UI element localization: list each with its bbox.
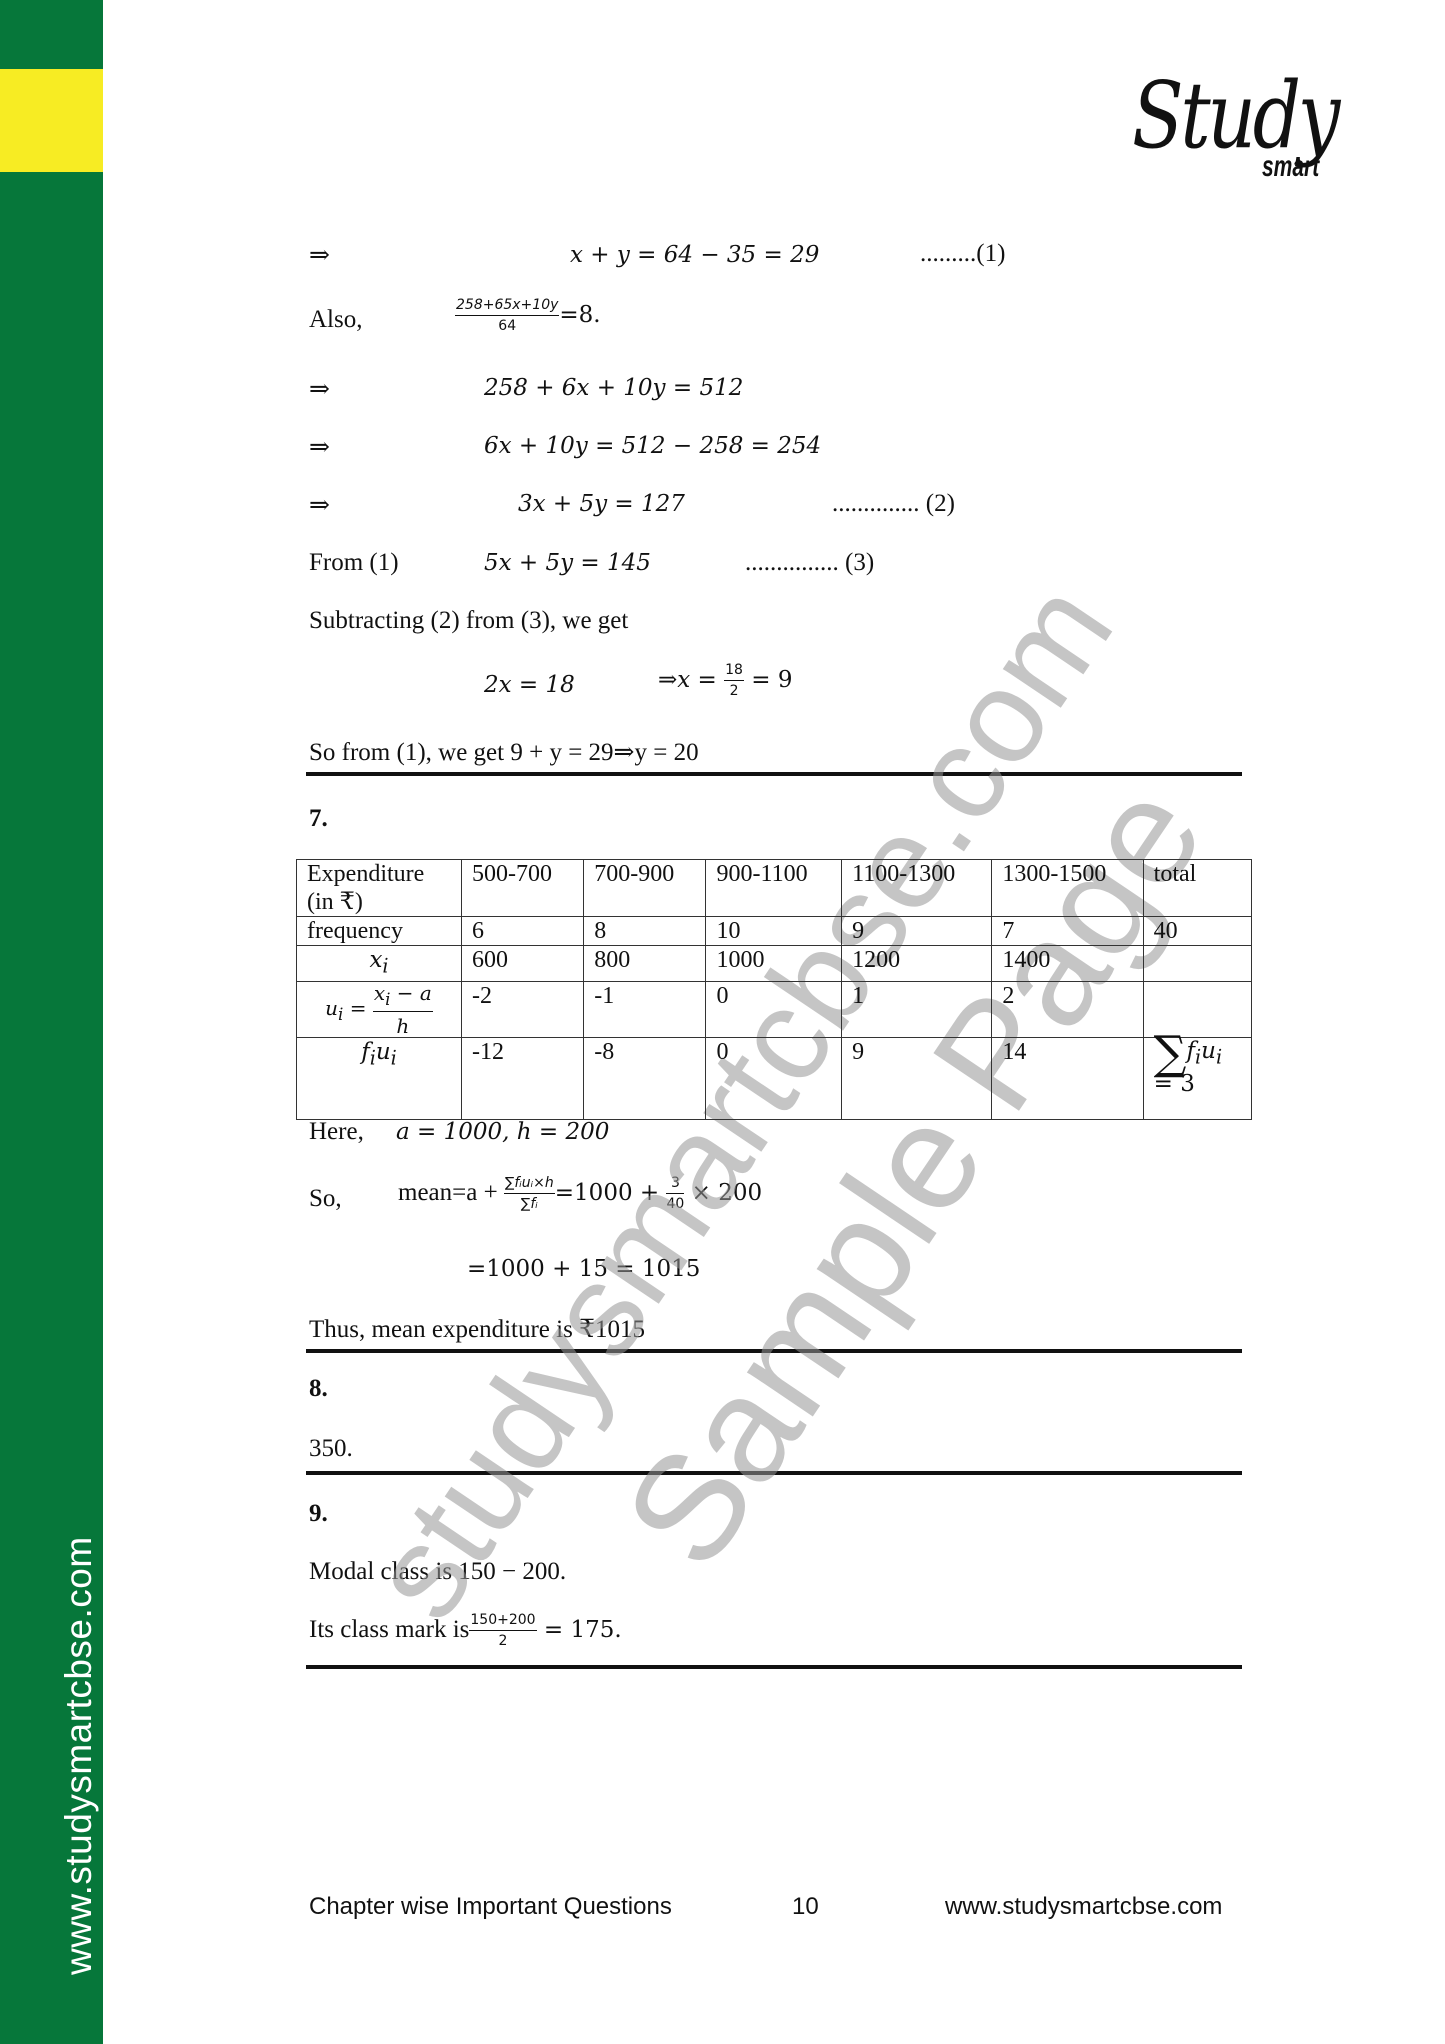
table-cell: 1100-1300 bbox=[842, 860, 992, 917]
table-cell: 14 bbox=[992, 1037, 1143, 1119]
table-cell: 40 bbox=[1143, 917, 1251, 946]
table-cell-sum: ∑fiui= 3 bbox=[1143, 1037, 1251, 1119]
study-smart-logo: Study smart bbox=[1132, 62, 1382, 192]
q6-arrow3: ⇒ bbox=[309, 374, 330, 404]
table-cell: 8 bbox=[584, 917, 706, 946]
sidebar-yellow-band bbox=[0, 69, 103, 172]
q6-conclusion: So from (1), we get 9 + y = 29⇒y = 20 bbox=[309, 737, 699, 767]
q6-eq1: x + y = 64 − 35 = 29 bbox=[570, 242, 819, 268]
table-cell: -1 bbox=[584, 981, 706, 1037]
footer-chapter-title: Chapter wise Important Questions bbox=[309, 1893, 672, 1921]
table-cell: 800 bbox=[584, 946, 706, 982]
q7-here-eq: a = 1000, h = 200 bbox=[396, 1119, 609, 1145]
q6-line1: ⇒ bbox=[309, 240, 330, 270]
table-cell: 1000 bbox=[706, 946, 842, 982]
q9-number: 9. bbox=[309, 1500, 328, 1528]
expenditure-table: Expenditure (in ₹) 500-700 700-900 900-1… bbox=[296, 859, 1252, 1120]
divider bbox=[306, 1471, 1242, 1475]
table-cell-fiui-label: fiui bbox=[297, 1037, 462, 1119]
q6-eq5: 3x + 5y = 127 bbox=[518, 491, 685, 517]
table-cell: -8 bbox=[584, 1037, 706, 1119]
q6-eq4: 6x + 10y = 512 − 258 = 254 bbox=[484, 433, 821, 459]
table-cell: 500-700 bbox=[462, 860, 584, 917]
q8-number: 8. bbox=[309, 1375, 328, 1403]
table-cell: 2 bbox=[992, 981, 1143, 1037]
sidebar-strip: www.studysmartcbse.com bbox=[0, 0, 103, 2044]
table-cell: 600 bbox=[462, 946, 584, 982]
table-cell: -2 bbox=[462, 981, 584, 1037]
q6-tag2: .............. (2) bbox=[832, 490, 955, 518]
q7-so-label: So, bbox=[309, 1185, 342, 1213]
table-row: fiui -12 -8 0 9 14 ∑fiui= 3 bbox=[297, 1037, 1252, 1119]
divider bbox=[306, 1665, 1242, 1669]
q6-arrow4: ⇒ bbox=[309, 432, 330, 462]
table-cell: 0 bbox=[706, 981, 842, 1037]
table-cell: 10 bbox=[706, 917, 842, 946]
q6-tag1: .........(1) bbox=[920, 240, 1005, 268]
table-cell bbox=[1143, 946, 1251, 982]
table-header-row: Expenditure (in ₹) 500-700 700-900 900-1… bbox=[297, 860, 1252, 917]
table-cell: 9 bbox=[842, 1037, 992, 1119]
q6-subtracting-text: Subtracting (2) from (3), we get bbox=[309, 607, 628, 635]
table-row: ui = xi − ah -2 -1 0 1 2 bbox=[297, 981, 1252, 1037]
table-cell: Expenditure (in ₹) bbox=[297, 860, 462, 917]
table-cell: 1200 bbox=[842, 946, 992, 982]
table-cell: 7 bbox=[992, 917, 1143, 946]
q6-x-solution: ⇒x = 182 = 9 bbox=[658, 663, 793, 700]
table-cell: total bbox=[1143, 860, 1251, 917]
q7-mean-formula: mean=a + ∑fᵢuᵢ×h∑fᵢ=1000 + 340 × 200 bbox=[398, 1176, 762, 1213]
table-cell-xi-label: xi bbox=[297, 946, 462, 982]
table-row: frequency 6 8 10 9 7 40 bbox=[297, 917, 1252, 946]
table-cell: 9 bbox=[842, 917, 992, 946]
q9-modal-class: Modal class is 150 − 200. bbox=[309, 1558, 566, 1586]
divider bbox=[306, 1349, 1242, 1353]
q6-arrow5: ⇒ bbox=[309, 490, 330, 520]
footer-website-link[interactable]: www.studysmartcbse.com bbox=[945, 1893, 1222, 1921]
table-cell: 1400 bbox=[992, 946, 1143, 982]
divider bbox=[306, 772, 1242, 776]
q7-conclusion: Thus, mean expenditure is ₹1015 bbox=[309, 1314, 645, 1344]
table-cell: 1300-1500 bbox=[992, 860, 1143, 917]
table-row: xi 600 800 1000 1200 1400 bbox=[297, 946, 1252, 982]
table-cell: 1 bbox=[842, 981, 992, 1037]
logo-smart-text: smart bbox=[1262, 150, 1319, 184]
table-cell: 0 bbox=[706, 1037, 842, 1119]
table-cell: 900-1100 bbox=[706, 860, 842, 917]
table-cell: 700-900 bbox=[584, 860, 706, 917]
table-cell: frequency bbox=[297, 917, 462, 946]
q6-tag3: ............... (3) bbox=[745, 549, 874, 577]
q7-number: 7. bbox=[309, 805, 328, 833]
q6-eq8: 2x = 18 bbox=[484, 672, 575, 698]
sidebar-website-text: www.studysmartcbse.com bbox=[58, 1536, 100, 1975]
q7-here-label: Here, bbox=[309, 1118, 364, 1146]
q8-answer: 350. bbox=[309, 1435, 353, 1463]
q6-also-label: Also, bbox=[309, 306, 362, 334]
q6-also-fraction: 258+65x+10y64=8. bbox=[455, 298, 601, 335]
table-cell: 6 bbox=[462, 917, 584, 946]
footer-page-number: 10 bbox=[792, 1893, 819, 1921]
table-cell-ui-label: ui = xi − ah bbox=[297, 981, 462, 1037]
q6-eq3: 258 + 6x + 10y = 512 bbox=[484, 375, 743, 401]
q6-from1-label: From (1) bbox=[309, 549, 399, 577]
q7-mean-result: =1000 + 15 = 1015 bbox=[467, 1256, 700, 1282]
table-cell: -12 bbox=[462, 1037, 584, 1119]
q6-eq6: 5x + 5y = 145 bbox=[484, 550, 651, 576]
q9-class-mark: Its class mark is150+2002 = 175. bbox=[309, 1613, 622, 1650]
